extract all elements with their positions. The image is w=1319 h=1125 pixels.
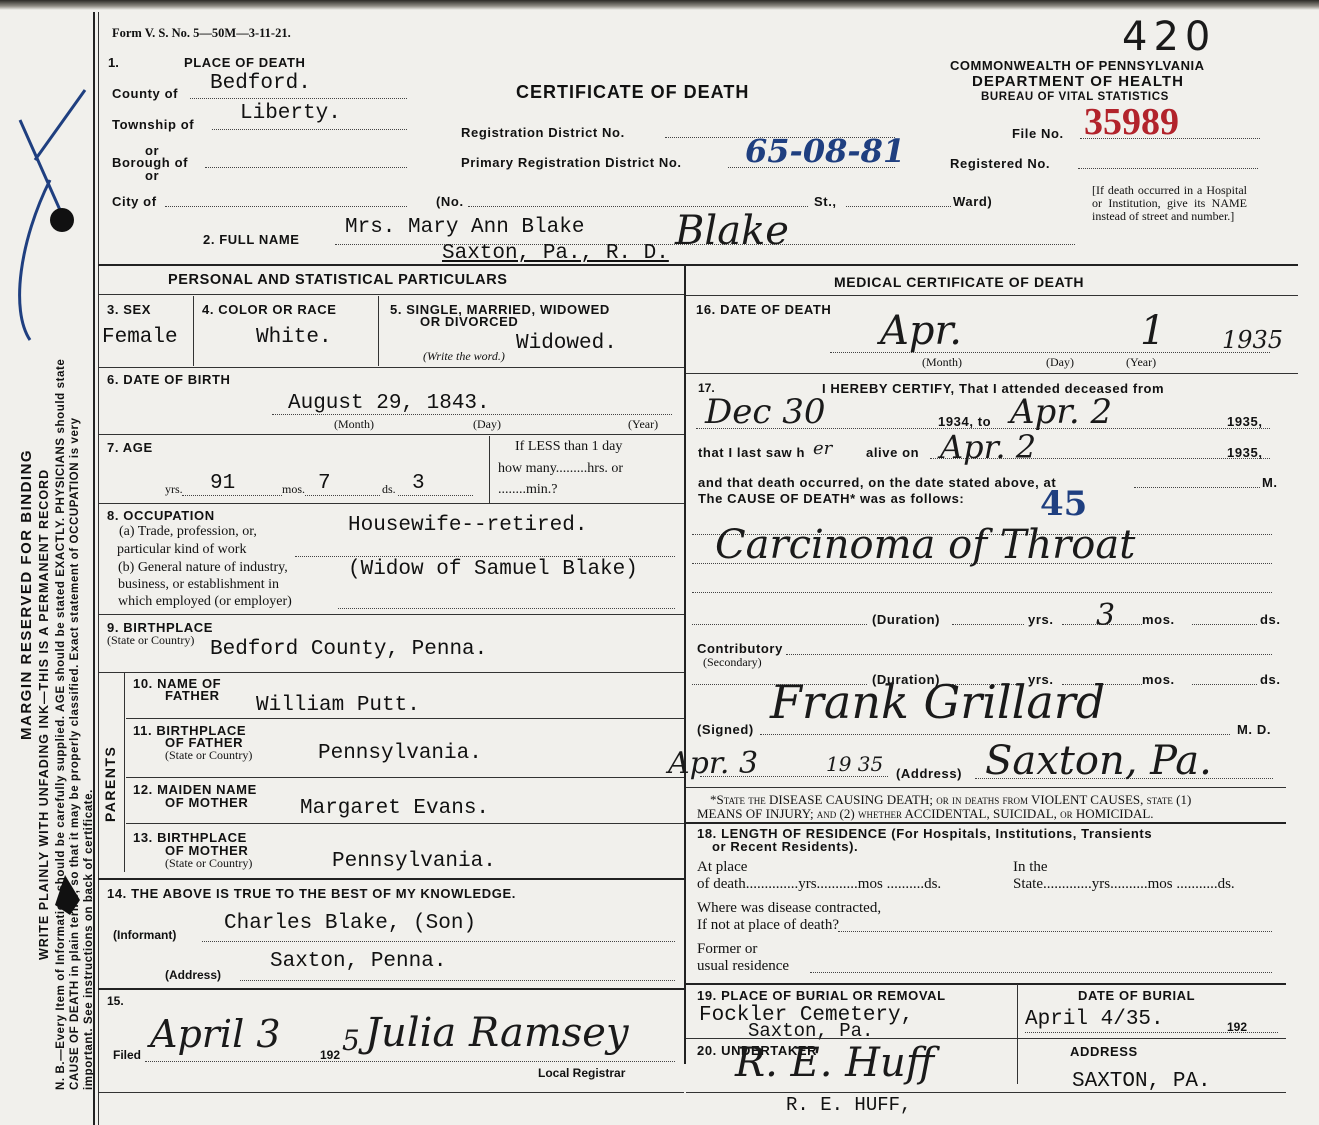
burial-date-year-prefix: 192 (1227, 1020, 1247, 1034)
burial-label: 19. PLACE OF BURIAL OR REMOVAL (697, 988, 946, 1003)
age-divider (489, 436, 490, 504)
residence-label-2: or Recent Residents). (712, 839, 858, 854)
filed-year-prefix: 192 (320, 1048, 340, 1062)
county-field[interactable] (190, 98, 407, 99)
county-value: Bedford. (210, 72, 311, 95)
township-value: Liberty. (240, 102, 341, 125)
less-than-note-1: If LESS than 1 day (515, 439, 622, 455)
or-label-2: or (145, 168, 159, 183)
mother-birthplace-sub: (State or Country) (165, 856, 252, 871)
last-saw-year: 1935, (1227, 445, 1263, 460)
filed-field[interactable] (145, 1061, 675, 1062)
duration-ds-field[interactable] (1192, 624, 1257, 625)
contracted-label-1: Where was disease contracted, (697, 900, 881, 917)
at-place-label-2[interactable]: of death..............yrs...........mos … (697, 876, 941, 893)
sex-value: Female (102, 326, 178, 349)
row-divider-9 (98, 878, 684, 880)
duration-label: (Duration) (872, 612, 940, 627)
margin-ink-note: WRITE PLAINLY WITH UNFADING INK—THIS IS … (37, 469, 51, 960)
physician-signature: Frank Grillard (770, 675, 1105, 729)
duration-mos-label: mos. (1142, 612, 1175, 627)
medical-divider-4 (686, 983, 1286, 985)
burial-date-value: April 4/35. (1025, 1008, 1164, 1031)
row-divider-7 (126, 777, 684, 778)
alive-on-label: alive on (866, 445, 919, 460)
race-value: White. (256, 326, 332, 349)
contracted-field[interactable] (838, 931, 1272, 932)
time-of-death-field[interactable] (1134, 487, 1260, 488)
age-days-caption: ds. (382, 482, 396, 497)
hospital-note: [If death occurred in a Hospital or Inst… (1092, 184, 1247, 223)
medical-divider-5 (686, 1038, 1286, 1039)
full-name-value: Mrs. Mary Ann Blake (345, 216, 584, 239)
birthplace-value: Bedford County, Penna. (210, 638, 487, 661)
race-marital-divider (378, 296, 379, 366)
city-field[interactable] (165, 206, 407, 207)
age-years-caption: yrs. (165, 482, 183, 497)
bottom-divider-right (686, 1092, 1286, 1093)
informant-label: (Informant) (113, 928, 176, 942)
section-15-number: 15. (107, 994, 124, 1008)
father-birthplace-sub: (State or Country) (165, 748, 252, 763)
less-than-note-3: ........min.? (498, 482, 558, 498)
duration2-mos-label: mos. (1142, 672, 1175, 687)
attended-to-year: 1935, (1227, 414, 1263, 429)
dod-day: 1 (1140, 308, 1165, 354)
in-state-label-2[interactable]: State.............yrs..........mos .....… (1013, 876, 1235, 893)
name-divider (98, 264, 1298, 266)
marital-value: Widowed. (516, 332, 617, 355)
occupation-field[interactable] (295, 556, 675, 557)
dob-label: 6. DATE OF BIRTH (107, 372, 230, 387)
primary-registration-value: 65-08-81 (745, 132, 905, 170)
borough-field[interactable] (205, 167, 407, 168)
contracted-label-2: If not at place of death? (697, 917, 839, 934)
dob-month-caption: (Month) (334, 417, 374, 432)
cause-label: The CAUSE OF DEATH* was as follows: (698, 491, 964, 506)
parents-divider (124, 672, 125, 872)
full-name-address: Saxton, Pa., R. D. (442, 242, 669, 265)
registration-district-label: Registration District No. (461, 125, 625, 140)
paper-top-edge (0, 0, 1319, 10)
informant-value: Charles Blake, (Son) (224, 912, 476, 935)
duration-yrs-field[interactable] (952, 624, 1024, 625)
left-border (93, 12, 95, 1125)
certify-text: I HEREBY CERTIFY, That I attended deceas… (822, 381, 1164, 396)
undertaker-address: SAXTON, PA. (1072, 1070, 1211, 1093)
age-years-value: 91 (210, 472, 235, 495)
undertaker-address-label: ADDRESS (1070, 1044, 1138, 1059)
at-place-label-1: At place (697, 859, 747, 876)
attended-to: Apr. 2 (1010, 392, 1112, 432)
certificate-title: CERTIFICATE OF DEATH (516, 82, 749, 103)
race-label: 4. COLOR OR RACE (202, 302, 337, 317)
cause-line-3[interactable] (692, 592, 1272, 593)
dod-year: 1935 (1222, 326, 1283, 354)
township-label: Township of (112, 117, 194, 132)
form-number: Form V. S. No. 5—50M—3-11-21. (112, 26, 291, 41)
column-divider (684, 264, 686, 1064)
cause-code: 45 (1040, 484, 1087, 524)
filed-year-suffix: 5 (342, 1024, 360, 1057)
sex-label: 3. SEX (107, 302, 151, 317)
md-label: M. D. (1237, 722, 1271, 737)
mother-birthplace-value: Pennsylvania. (332, 850, 496, 873)
age-days-value: 3 (412, 472, 425, 495)
duration-yrs-label: yrs. (1028, 612, 1054, 627)
parents-label: PARENTS (102, 746, 118, 822)
street-field[interactable] (468, 206, 808, 207)
file-no-value: 35989 (1084, 100, 1179, 144)
row-divider-5 (98, 672, 684, 673)
registered-no-label: Registered No. (950, 156, 1050, 171)
ink-blot-icon (50, 870, 90, 920)
signed-label: (Signed) (697, 722, 754, 737)
duration-mos-value: 3 (1096, 598, 1115, 633)
full-name-signature: Blake (675, 208, 789, 254)
undertaker-typed-name: R. E. HUFF, (786, 1094, 911, 1116)
informant-address-value: Saxton, Penna. (270, 950, 446, 973)
knowledge-statement: 14. THE ABOVE IS TRUE TO THE BEST OF MY … (107, 886, 516, 901)
margin-instruction-line2: CAUSE OF DEATH in plain terms, so that i… (69, 417, 81, 1090)
contributory-field[interactable] (786, 654, 1272, 655)
occupation-b1: (b) General nature of industry, (118, 560, 288, 576)
street-no-label: (No. (436, 194, 464, 209)
signed-date-field[interactable] (700, 776, 888, 777)
bottom-divider-left (98, 1092, 684, 1093)
place-of-death-heading: PLACE OF DEATH (184, 55, 306, 70)
dod-year-caption: (Year) (1126, 355, 1156, 370)
age-label: 7. AGE (107, 440, 153, 455)
in-state-label-1: In the (1013, 859, 1048, 876)
row-divider-6 (126, 718, 684, 719)
duration2-ds-field[interactable] (1192, 684, 1257, 685)
age-months-field[interactable] (305, 495, 380, 496)
occupation-b2: business, or establishment in (118, 577, 279, 593)
age-years-field[interactable] (182, 495, 282, 496)
duration2-ds-label: ds. (1260, 672, 1281, 687)
duration-spacer (692, 624, 867, 625)
personal-heading-divider (98, 294, 684, 295)
last-saw-label: that I last saw h (698, 445, 805, 460)
father-label-2: FATHER (165, 688, 220, 703)
full-name-label: 2. FULL NAME (203, 232, 300, 247)
industry-value: (Widow of Samuel Blake) (348, 558, 638, 581)
signed-field[interactable] (760, 734, 1230, 735)
secondary-label: (Secondary) (703, 655, 762, 670)
dob-day-caption: (Day) (473, 417, 501, 432)
duration-ds-label: ds. (1260, 612, 1281, 627)
dob-year-caption: (Year) (628, 417, 658, 432)
former-residence-label-1: Former or (697, 941, 757, 958)
birthplace-sub: (State or Country) (107, 633, 194, 648)
row-divider-10 (98, 988, 684, 990)
cause-value: Carcinoma of Throat (715, 522, 1135, 568)
row-divider-4 (98, 614, 684, 615)
filed-date: April 3 (150, 1012, 281, 1056)
last-saw-pronoun: er (813, 438, 832, 459)
occupation-a2: particular kind of work (117, 542, 246, 558)
registered-no-field[interactable] (1078, 168, 1258, 169)
signed-year: 19 35 (826, 752, 883, 776)
medical-divider-1 (686, 373, 1298, 374)
street-label: St., (814, 194, 837, 209)
county-label: County of (112, 86, 178, 101)
medical-divider-3 (686, 822, 1286, 824)
occupation-a1: (a) Trade, profession, or, (119, 524, 257, 540)
row-divider-2 (98, 434, 684, 435)
attended-from: Dec 30 (705, 392, 826, 432)
medical-heading-divider (686, 295, 1298, 296)
ward-label: Ward) (953, 194, 992, 209)
physician-address-label: (Address) (896, 766, 962, 781)
left-border-inner (98, 12, 99, 1125)
attended-from-year: 1934, to (938, 414, 991, 429)
ward-field[interactable] (846, 206, 951, 207)
burial-divider (1017, 984, 1018, 1084)
primary-registration-label: Primary Registration District No. (461, 155, 682, 170)
mother-label-2: OF MOTHER (165, 795, 248, 810)
age-months-caption: mos. (282, 482, 305, 497)
medical-heading: MEDICAL CERTIFICATE OF DEATH (834, 274, 1084, 290)
occupation-b3: which employed (or employer) (118, 594, 292, 610)
informant-address-field[interactable] (240, 980, 675, 981)
marital-label-2: OR DIVORCED (420, 314, 518, 329)
age-days-field[interactable] (398, 495, 473, 496)
file-no-label: File No. (1012, 126, 1064, 141)
father-birthplace-value: Pennsylvania. (318, 742, 482, 765)
dod-label: 16. DATE OF DEATH (696, 302, 831, 317)
undertaker-signature: R. E. Huff (735, 1040, 934, 1086)
filed-label: Filed (113, 1048, 141, 1062)
city-label: City of (112, 194, 157, 209)
medical-divider-2 (686, 787, 1286, 788)
registrar-signature: Julia Ramsey (365, 1010, 629, 1056)
registrar-label: Local Registrar (538, 1066, 625, 1080)
contributory-label: Contributory (697, 641, 783, 656)
former-residence-field[interactable] (810, 972, 1272, 973)
sex-race-divider (193, 296, 194, 366)
margin-binding-note: MARGIN RESERVED FOR BINDING (18, 449, 35, 740)
handwritten-record-number: 420 (1122, 14, 1216, 60)
marital-hint: (Write the word.) (423, 349, 505, 364)
father-value: William Putt. (256, 694, 420, 717)
less-than-note-2: how many.........hrs. or (498, 461, 623, 477)
personal-heading: PERSONAL AND STATISTICAL PARTICULARS (168, 272, 508, 288)
last-saw-date: Apr. 2 (940, 428, 1036, 466)
margin-pen-mark-icon (0, 60, 95, 360)
occupation-label: 8. OCCUPATION (107, 508, 215, 523)
row-divider-3 (98, 503, 684, 504)
section-1-number: 1. (108, 55, 119, 70)
dod-day-caption: (Day) (1046, 355, 1074, 370)
m-label: M. (1262, 475, 1278, 490)
burial-date-label: DATE OF BURIAL (1078, 988, 1195, 1003)
physician-address: Saxton, Pa. (985, 738, 1212, 784)
dod-month: Apr. (880, 308, 962, 354)
occupation-value: Housewife--retired. (348, 514, 587, 537)
row-divider-1 (98, 367, 684, 368)
footnote-line-2: MEANS OF INJURY; and (2) whether ACCIDEN… (697, 806, 1154, 822)
department-name: DEPARTMENT OF HEALTH (972, 73, 1184, 90)
informant-field[interactable] (202, 941, 675, 942)
township-field[interactable] (212, 129, 407, 130)
occurred-text: and that death occurred, on the date sta… (698, 475, 1056, 490)
dob-value: August 29, 1843. (288, 392, 490, 415)
row-divider-8 (126, 823, 684, 824)
dod-month-caption: (Month) (922, 355, 962, 370)
informant-address-label: (Address) (165, 968, 221, 982)
state-name: COMMONWEALTH OF PENNSYLVANIA (950, 58, 1205, 73)
industry-field[interactable] (338, 608, 675, 609)
age-months-value: 7 (318, 472, 331, 495)
former-residence-label-2: usual residence (697, 958, 789, 975)
mother-value: Margaret Evans. (300, 797, 489, 820)
margin-instruction-line1: N. B.—Every Item of Information should b… (55, 359, 67, 1090)
